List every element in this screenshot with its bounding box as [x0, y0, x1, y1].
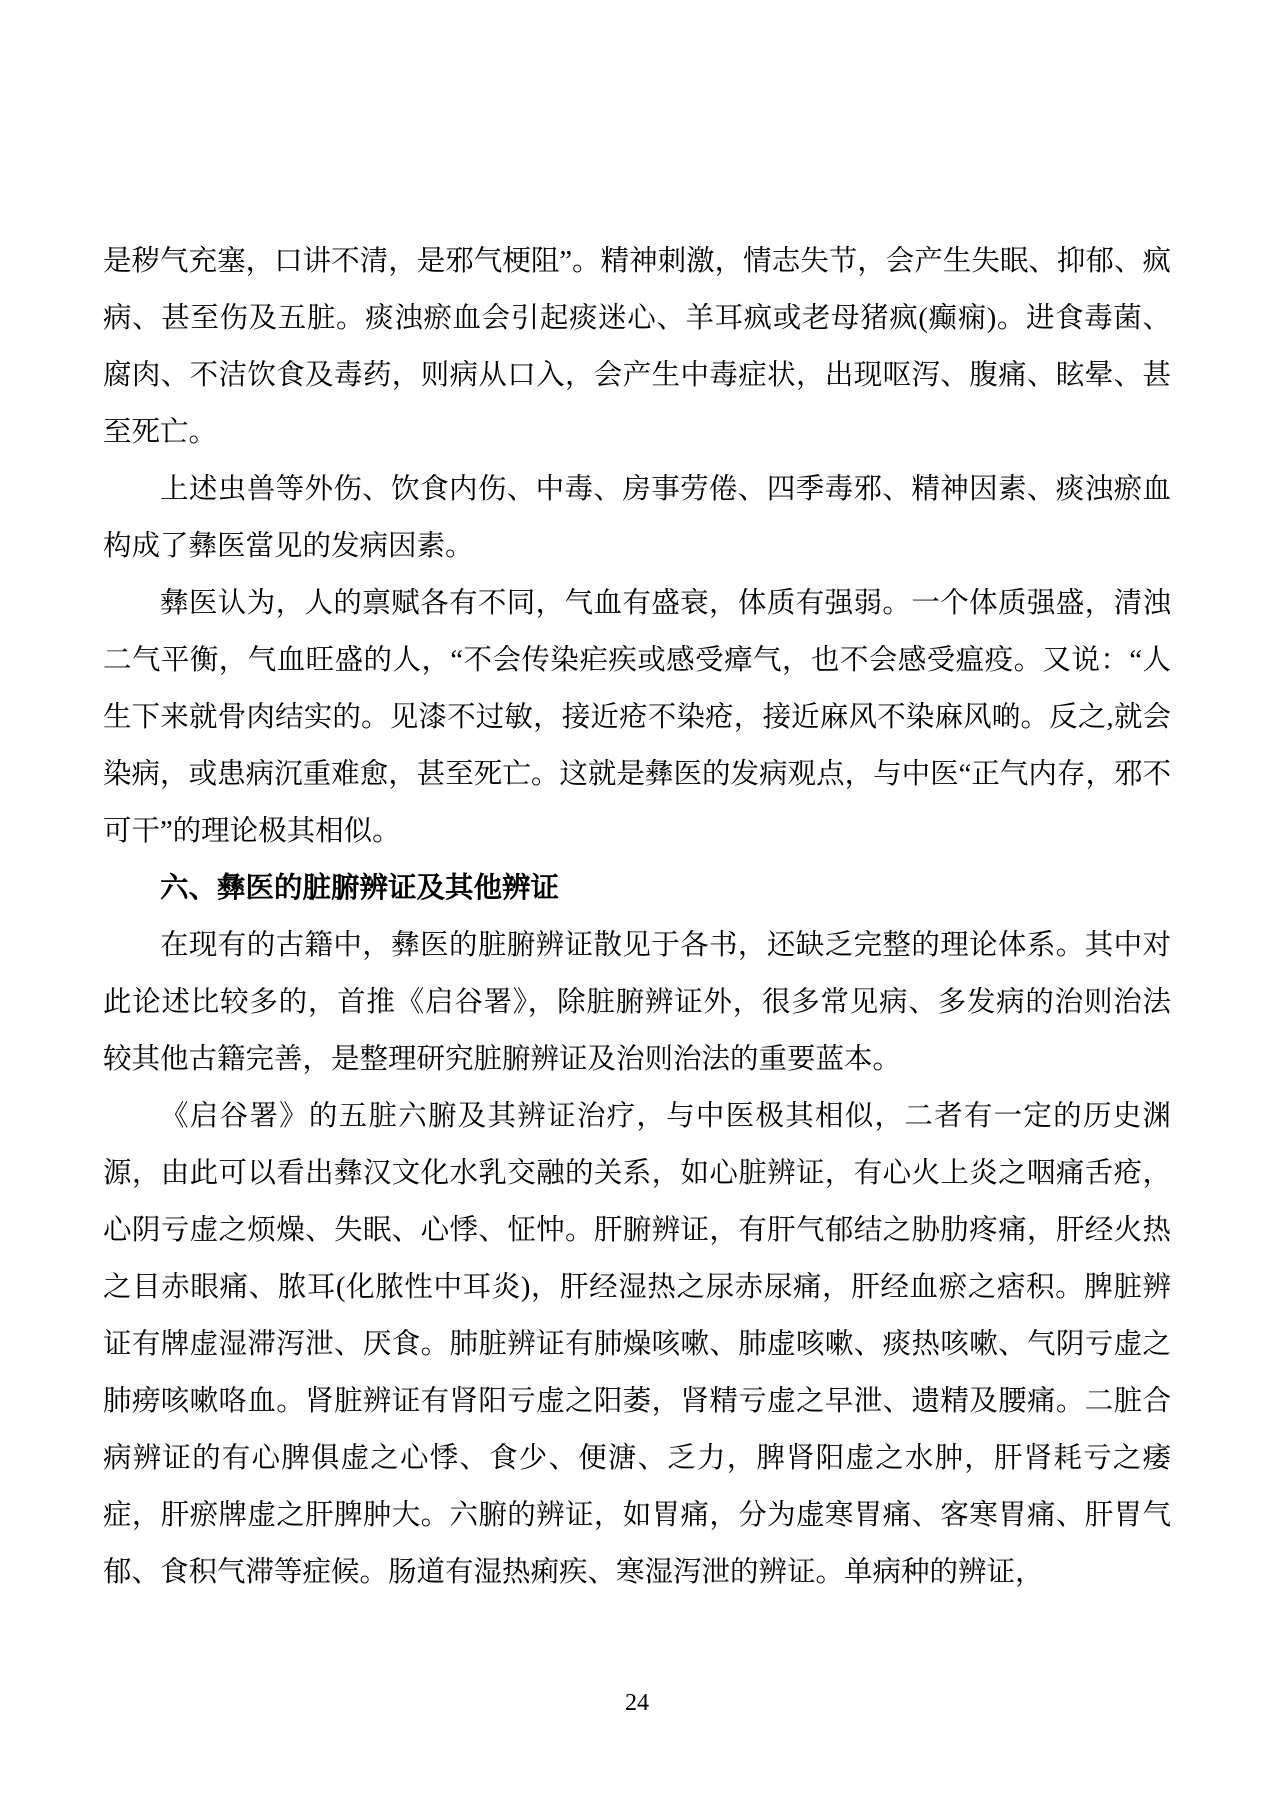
paragraph-qigushu-differentiation: 《启谷署》的五脏六腑及其辨证治疗，与中医极其相似，二者有一定的历史渊源，由此可以…	[103, 1088, 1171, 1601]
paragraph-ancient-texts: 在现有的古籍中，彝医的脏腑辨证散见于各书，还缺乏完整的理论体系。其中对此论述比较…	[103, 917, 1171, 1088]
paragraph-constitution-view: 彝医认为，人的禀赋各有不同，气血有盛衰，体质有强弱。一个体质强盛，清浊二气平衡，…	[103, 575, 1171, 860]
section-heading-zangfu-differentiation: 六、彝医的脏腑辨证及其他辨证	[103, 860, 1171, 917]
text-block: 是秽气充塞，口讲不清，是邪气梗阻”。精神刺激，情志失节，会产生失眠、抑郁、疯病、…	[103, 233, 1171, 1601]
page-number: 24	[0, 1688, 1274, 1718]
paragraph-pathogenic-factors-continuation: 是秽气充塞，口讲不清，是邪气梗阻”。精神刺激，情志失节，会产生失眠、抑郁、疯病、…	[103, 233, 1171, 461]
paragraph-factors-summary: 上述虫兽等外伤、饮食内伤、中毒、房事劳倦、四季毒邪、精神因素、痰浊瘀血构成了彝医…	[103, 461, 1171, 575]
document-page: 是秽气充塞，口讲不清，是邪气梗阻”。精神刺激，情志失节，会产生失眠、抑郁、疯病、…	[0, 0, 1274, 1801]
